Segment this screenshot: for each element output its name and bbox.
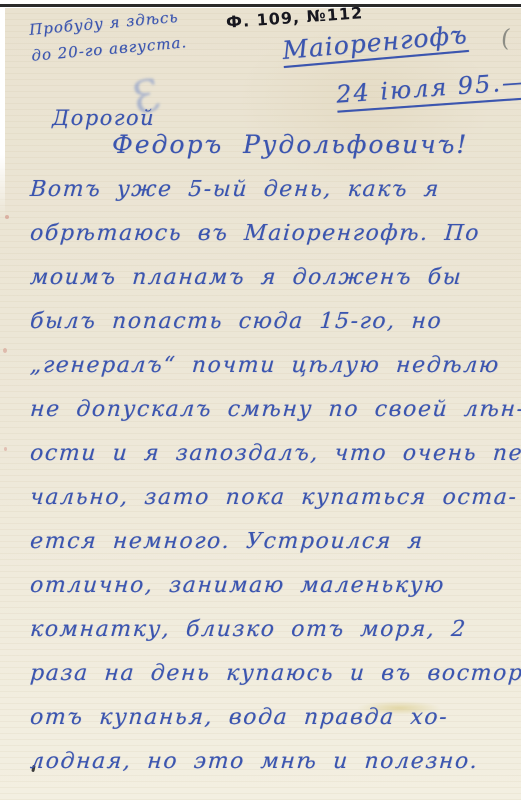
- body-line: чально, зато пока купаться оста-: [28, 476, 514, 520]
- body-line: не допускалъ смѣну по своей лѣн-: [28, 388, 514, 432]
- body-line: былъ попасть сюда 15-го, но: [28, 300, 514, 344]
- paper-stain: [5, 215, 9, 219]
- salutation-line2: Федоръ Рудольфовичъ!: [112, 130, 468, 159]
- body-line: обрѣтаюсь въ Маіоренгофѣ. По: [28, 212, 514, 256]
- scanned-letter-page: Пробуду я здѣсь до 20-го августа. Ф. 109…: [0, 0, 521, 800]
- body-line: моимъ планамъ я долженъ бы: [28, 256, 514, 300]
- body-line: лодная, но это мнѣ и полезно.: [28, 740, 514, 784]
- body-line: Вотъ уже 5-ый день, какъ я: [28, 168, 514, 212]
- body-line: раза на день купаюсь и въ восторгѣ: [28, 652, 514, 696]
- paper-stain: [3, 348, 7, 353]
- body-line: отъ купанья, вода правда хо-: [28, 696, 514, 740]
- body-line: ости и я запоздалъ, что очень пе-: [28, 432, 514, 476]
- body-line: ется немного. Устроился я: [28, 520, 514, 564]
- body-line: комнатку, близко отъ моря, 2: [28, 608, 514, 652]
- paper-stain: [4, 447, 7, 451]
- scan-edge-line: [0, 4, 521, 7]
- salutation-line1: Дорогой: [52, 106, 155, 130]
- body-line: „генералъ“ почти цѣлую недѣлю: [28, 344, 514, 388]
- body-line: отлично, занимаю маленькую: [28, 564, 514, 608]
- letter-body: Вотъ уже 5-ый день, какъ я обрѣтаюсь въ …: [30, 168, 513, 784]
- scan-left-margin: [0, 8, 5, 218]
